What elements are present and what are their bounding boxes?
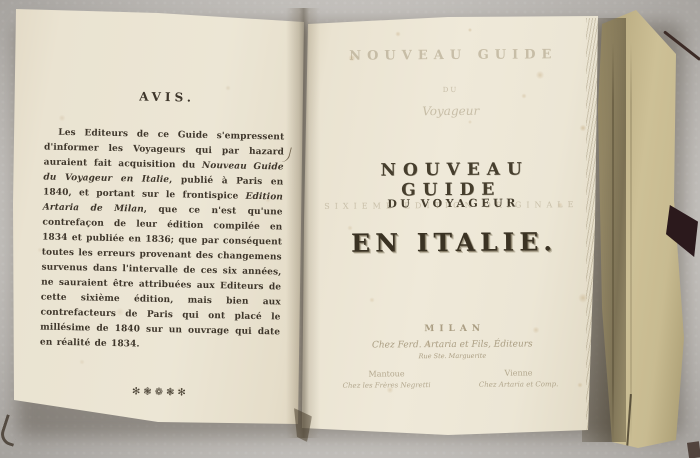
show-through-du: DU [319, 85, 583, 95]
page-block-crease [630, 42, 632, 444]
book-title-line-1: NOUVEAU GUIDE [319, 159, 583, 201]
book-title-line-2: DU VOYAGEUR [319, 196, 583, 211]
imprint-block: MILAN Chez Ferd. Artaria et Fils, Éditeu… [320, 323, 584, 390]
imprint-city: MILAN [320, 323, 584, 335]
imprint-city-right: Vienne [452, 368, 584, 378]
imprint-columns: Mantoue Chez les Frères Negretti Vienne … [320, 368, 584, 390]
imprint-city-left: Mantoue [320, 369, 452, 379]
book-title-line-3: EN ITALIE. [320, 227, 584, 258]
avis-page-content: AVIS. Les Editeurs de ce Guide s'empress… [39, 88, 285, 401]
avis-heading: AVIS. [45, 88, 285, 107]
avis-paragraph: Les Editeurs de ce Guide s'empressent d'… [40, 126, 285, 356]
imprint-column-left: Mantoue Chez les Frères Negretti [320, 369, 452, 390]
imprint-seller-left: Chez les Frères Negretti [321, 381, 453, 390]
left-page: AVIS. Les Editeurs de ce Guide s'empress… [8, 4, 308, 430]
cover-corner-bottom [687, 441, 700, 458]
right-page: NOUVEAU GUIDE DU Voyageur SIXIEME EDITIO… [298, 12, 602, 438]
show-through-title: NOUVEAU GUIDE [318, 47, 582, 64]
photo-background: NOUVEAU GUIDE DU Voyageur SIXIEME EDITIO… [0, 0, 700, 458]
imprint-address: Rue Ste. Marguerite [320, 351, 584, 361]
imprint-publisher: Chez Ferd. Artaria et Fils, Éditeurs [320, 339, 584, 351]
imprint-column-right: Vienne Chez Artaria et Comp. [452, 368, 584, 389]
show-through-voyageur: Voyageur [319, 103, 583, 119]
paragraph-segment: , que ce n'est qu'une contrefaçon de leu… [40, 205, 283, 350]
imprint-seller-right: Chez Artaria et Comp. [453, 380, 585, 389]
fleuron-ornament: ✻❃❁❃✻ [39, 384, 279, 400]
